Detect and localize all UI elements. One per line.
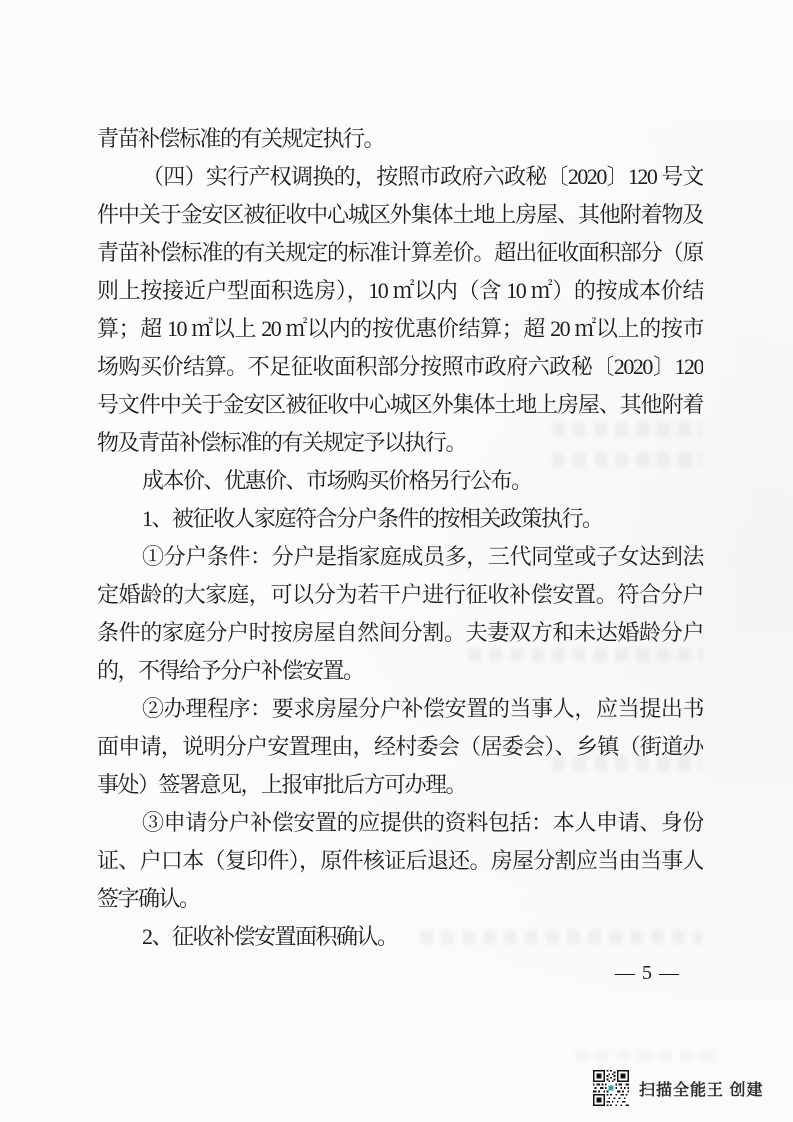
text-line: 事处）签署意见，上报审批后方可办理。 — [97, 766, 703, 804]
text-line: 定婚龄的大家庭，可以分为若干户进行征收补偿安置。符合分户 — [97, 576, 703, 614]
bleedthrough-artifact — [552, 422, 702, 437]
qr-code-icon — [593, 1070, 629, 1106]
text-line: 件中关于金安区被征收中心城区外集体土地上房屋、其他附着物及 — [97, 196, 703, 234]
text-line: 条件的家庭分户时按房屋自然间分割。夫妻双方和未达婚龄分户 — [97, 614, 703, 652]
document-body: 青苗补偿标准的有关规定执行。（四）实行产权调换的，按照市政府六政秘〔2020〕1… — [97, 120, 703, 956]
text-line: 青苗补偿标准的有关规定执行。 — [97, 120, 703, 158]
text-line: ①分户条件：分户是指家庭成员多，三代同堂或子女达到法 — [97, 538, 703, 576]
scanner-watermark: 扫描全能王 创建 — [593, 1070, 763, 1106]
scanner-watermark-label: 扫描全能王 创建 — [639, 1077, 763, 1100]
text-line: 1、被征收人家庭符合分户条件的按相关政策执行。 — [97, 500, 703, 538]
text-line: ③申请分户补偿安置的应提供的资料包括：本人申请、身份 — [97, 804, 703, 842]
page-number: — 5 — — [615, 962, 680, 985]
bleedthrough-artifact — [575, 1051, 720, 1060]
text-line: 则上按接近户型面积选房），10 ㎡以内（含 10 ㎡）的按成本价结 — [97, 272, 703, 310]
text-line: 成本价、优惠价、市场购买价格另行公布。 — [97, 462, 703, 500]
text-line: ②办理程序：要求房屋分户补偿安置的当事人，应当提出书 — [97, 690, 703, 728]
text-line: 算；超 10 ㎡以上 20 ㎡以内的按优惠价结算；超 20 ㎡以上的按市 — [97, 310, 703, 348]
text-line: 号文件中关于金安区被征收中心城区外集体土地上房屋、其他附着 — [97, 386, 703, 424]
bleedthrough-artifact — [420, 930, 702, 944]
scanned-document-page: 青苗补偿标准的有关规定执行。（四）实行产权调换的，按照市政府六政秘〔2020〕1… — [0, 0, 793, 1122]
text-line: 签字确认。 — [97, 880, 703, 918]
text-line: 场购买价结算。不足征收面积部分按照市政府六政秘〔2020〕120 — [97, 348, 703, 386]
bleedthrough-artifact — [552, 452, 702, 467]
text-line: （四）实行产权调换的，按照市政府六政秘〔2020〕120 号文 — [97, 158, 703, 196]
bleedthrough-artifact — [552, 756, 702, 771]
text-line: 青苗补偿标准的有关规定的标准计算差价。超出征收面积部分（原 — [97, 234, 703, 272]
bleedthrough-artifact — [468, 648, 703, 662]
text-line: 证、户口本（复印件），原件核证后退还。房屋分割应当由当事人 — [97, 842, 703, 880]
